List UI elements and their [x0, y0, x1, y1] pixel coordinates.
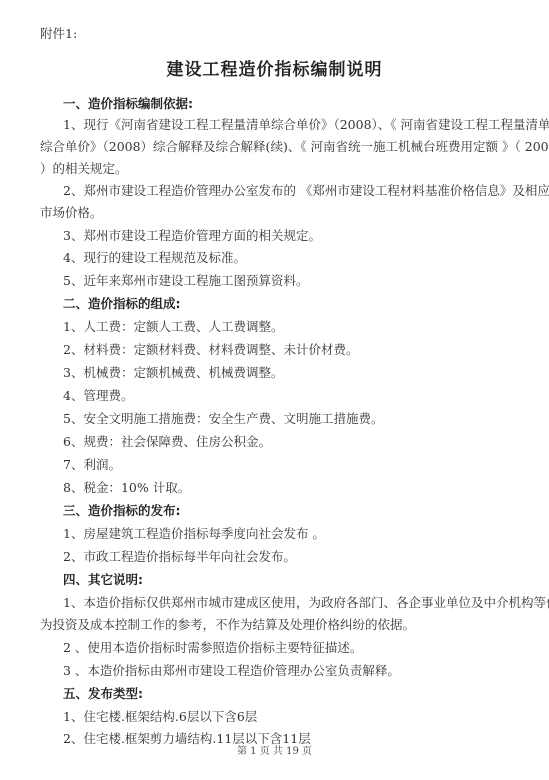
paragraph-line: 3 、本造价指标由郑州市建设工程造价管理办公室负责解释。 — [63, 663, 400, 679]
attachment-label: 附件1: — [40, 26, 77, 42]
paragraph-line: 1、现行《河南省建设工程工程量清单综合单价》（2008）、《 河南省建设工程工程… — [63, 117, 549, 133]
list-item: 7、利润。 — [63, 457, 121, 473]
list-item: 1、人工费：定额人工费、人工费调整。 — [63, 319, 283, 335]
document-page: 附件1: 建设工程造价指标编制说明 一、造价指标编制依据: 1、现行《河南省建设… — [0, 0, 549, 780]
list-item: 5、安全文明施工措施费：安全生产费、文明施工措施费。 — [63, 411, 383, 427]
list-item: 6、规费：社会保障费、住房公积金。 — [63, 434, 271, 450]
paragraph-line: 为投资及成本控制工作的参考，不作为结算及处理价格纠纷的依据。 — [40, 617, 415, 633]
paragraph-line: 4、现行的建设工程规范及标准。 — [63, 250, 246, 266]
paragraph-line: 2 、使用本造价指标时需参照造价指标主要特征描述。 — [63, 640, 362, 656]
section-heading-other-notes: 四、其它说明: — [63, 572, 143, 588]
paragraph-line: 2、郑州市建设工程造价管理办公室发布的 《郑州市建设工程材料基准价格信息》及相应… — [63, 183, 549, 199]
list-item: 2、市政工程造价指标每半年向社会发布。 — [63, 549, 296, 565]
paragraph-line: 1、本造价指标仅供郑州市城市建成区使用，为政府各部门、各企事业单位及中介机构等作 — [63, 595, 549, 611]
paragraph-line: 5、近年来郑州市建设工程施工图预算资料。 — [63, 273, 308, 289]
section-heading-release-types: 五、发布类型: — [63, 686, 143, 702]
page-number-footer: 第 1 页 共 19 页 — [0, 744, 549, 760]
section-heading-composition: 二、造价指标的组成: — [63, 296, 181, 312]
paragraph-line: 3、郑州市建设工程造价管理方面的相关规定。 — [63, 228, 321, 244]
section-heading-publication: 三、造价指标的发布: — [63, 503, 181, 519]
list-item: 4、管理费。 — [63, 388, 133, 404]
document-title: 建设工程造价指标编制说明 — [0, 62, 549, 78]
paragraph-line: 市场价格。 — [40, 205, 103, 221]
list-item: 3、机械费：定额机械费、机械费调整。 — [63, 365, 283, 381]
paragraph-line: 综合单价》（2008）综合解释及综合解释(续)、《 河南省统一施工机械台班费用定… — [40, 139, 549, 155]
list-item: 8、税金：10% 计取。 — [63, 480, 190, 496]
section-heading-basis: 一、造价指标编制依据: — [63, 96, 193, 112]
list-item: 2、材料费：定额材料费、材料费调整、未计价材费。 — [63, 342, 358, 358]
list-item: 1、房屋建筑工程造价指标每季度向社会发布 。 — [63, 526, 325, 542]
paragraph-line: ）的相关规定。 — [40, 161, 128, 177]
list-item: 1、住宅楼.框架结构.6层以下含6层 — [63, 709, 257, 725]
